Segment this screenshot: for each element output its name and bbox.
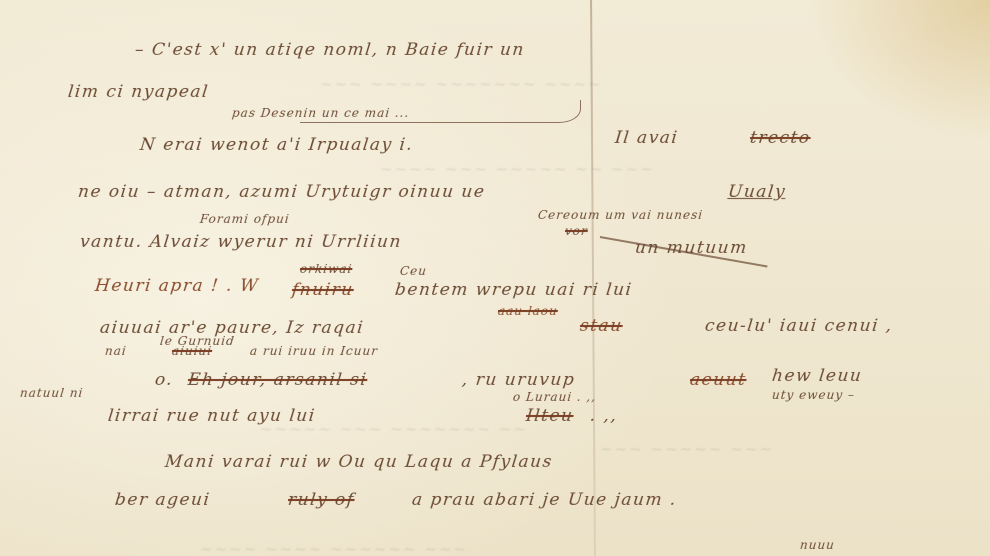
struck-word: trecto [749, 128, 812, 148]
interlinear-insertion: o Luraui . ,, [512, 390, 597, 404]
manuscript-line: a rui iruu in Icuur [249, 344, 378, 358]
manuscript-line: lim ci nyapeal [67, 82, 210, 102]
struck-word: aeuut [689, 370, 748, 390]
manuscript-line: . ,, [589, 406, 619, 426]
interlinear-insertion: uty eweuy – [771, 388, 855, 402]
struck-word: fnuiru [291, 280, 355, 300]
insertion-curve [300, 100, 581, 123]
bleed-through-text: ~~~ ~~~~ ~~~~~~~ ~~~~ [320, 75, 603, 93]
manuscript-line: o. [154, 370, 174, 390]
struck-phrase: Eh jour, arsanil si [187, 370, 368, 390]
manuscript-line: – C'est x' un atiqe noml, n Baie fuir un [134, 40, 526, 60]
manuscript-line: nai [104, 344, 127, 358]
manuscript-line: vantu. Alvaiz wyerur ni Urrliiun [79, 232, 403, 252]
manuscript-line: ber ageui [114, 490, 212, 510]
struck-word: ruly of [287, 490, 356, 510]
manuscript-line: bentem wrepu uai ri lui [394, 280, 634, 300]
manuscript-line: ceu-lu' iaui cenui , [704, 316, 894, 336]
manuscript-line: lirrai rue nut ayu lui [107, 406, 317, 426]
manuscript-line: ne oiu – atman, azumi Urytuigr oinuu ue [77, 182, 487, 202]
underlined-word: Uualy [727, 182, 787, 202]
manuscript-line: nuuu [799, 538, 835, 552]
margin-insertion: natuul ni [19, 386, 84, 400]
manuscript-line: hew leuu [771, 366, 863, 386]
struck-word: vor [564, 224, 588, 238]
interlinear-insertion: Cereoum um vai nunesi [537, 208, 704, 222]
struck-word: stau [579, 316, 624, 336]
manuscript-line: , ru uruvup [461, 370, 576, 390]
struck-insertion: aau laou [497, 304, 558, 318]
manuscript-line: a prau abari je Uue jaum . [411, 490, 678, 510]
manuscript-line: Il avai [614, 128, 679, 148]
manuscript-line: Heuri apra ! . W [94, 276, 260, 296]
bleed-through-text: ~~~ ~~~~~ ~~~ [600, 440, 774, 458]
struck-word: Ilteu [525, 406, 575, 426]
struck-insertion: orkiwai [299, 262, 353, 276]
interlinear-insertion: Ceu [399, 264, 427, 278]
struck-word: aiuiui [171, 344, 213, 358]
manuscript-line: un mutuum [634, 238, 749, 258]
manuscript-page: ~~~ ~~~~ ~~~~~~~ ~~~~ ~~~~ ~~~ ~~~~~ ~~ … [0, 0, 990, 556]
manuscript-line: Mani varai rui w Ou qu Laqu a Pfylaus [164, 452, 554, 472]
manuscript-line: N erai wenot a'i Irpualay i. [139, 135, 414, 155]
bleed-through-text: ~~~~ ~~~~ ~~~~~~ ~~~ [200, 540, 468, 556]
interlinear-insertion: Forami ofpui [199, 212, 290, 226]
bleed-through-text: ~~~~ ~~~ ~~~~~ ~~ ~~~ [380, 160, 655, 178]
